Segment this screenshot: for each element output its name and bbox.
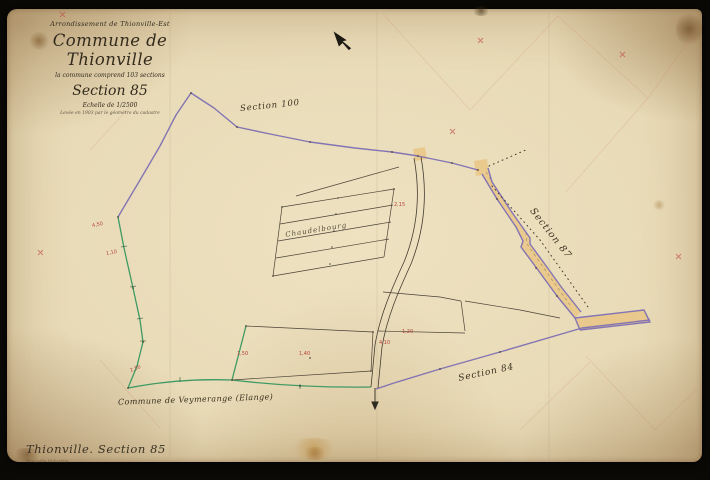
commune-title: Commune de Thionville <box>30 31 190 69</box>
scanned-map-viewer: Arrondissement de Thionville-Est Commune… <box>0 0 710 480</box>
survey-dots <box>117 92 558 389</box>
footer-block: Thionville. Section 85 Nouvelle Industri… <box>26 442 166 465</box>
measurement-label: 1,20 <box>402 329 413 335</box>
title-block: Arrondissement de Thionville-Est Commune… <box>30 20 190 116</box>
footer-archive-note: Nouvelle Industrie <box>26 460 166 465</box>
boundary-green <box>118 217 371 388</box>
crease-lines <box>170 12 549 460</box>
southeast-parcels <box>378 292 560 333</box>
arrondissement-line: Arrondissement de Thionville-Est <box>30 20 190 28</box>
road-fills <box>413 147 650 330</box>
footer-sheet-title: Thionville. Section 85 <box>26 442 166 456</box>
strip-parcels <box>273 167 399 276</box>
sections-count-line: la commune comprend 103 sections <box>30 72 190 79</box>
north-arrow-icon <box>330 28 353 53</box>
survey-note-line: Levée en 1903 par le géomètre du cadastr… <box>30 111 190 116</box>
measurement-label: 1,40 <box>299 351 310 357</box>
section-number-title: Section 85 <box>30 83 190 99</box>
measurement-label: 2,15 <box>394 202 405 208</box>
survey-ticks <box>121 246 300 389</box>
measurement-label: 1,50 <box>237 351 248 357</box>
scale-line: Echelle de 1/2500 <box>30 102 190 109</box>
measurement-label: 4,10 <box>379 340 390 346</box>
